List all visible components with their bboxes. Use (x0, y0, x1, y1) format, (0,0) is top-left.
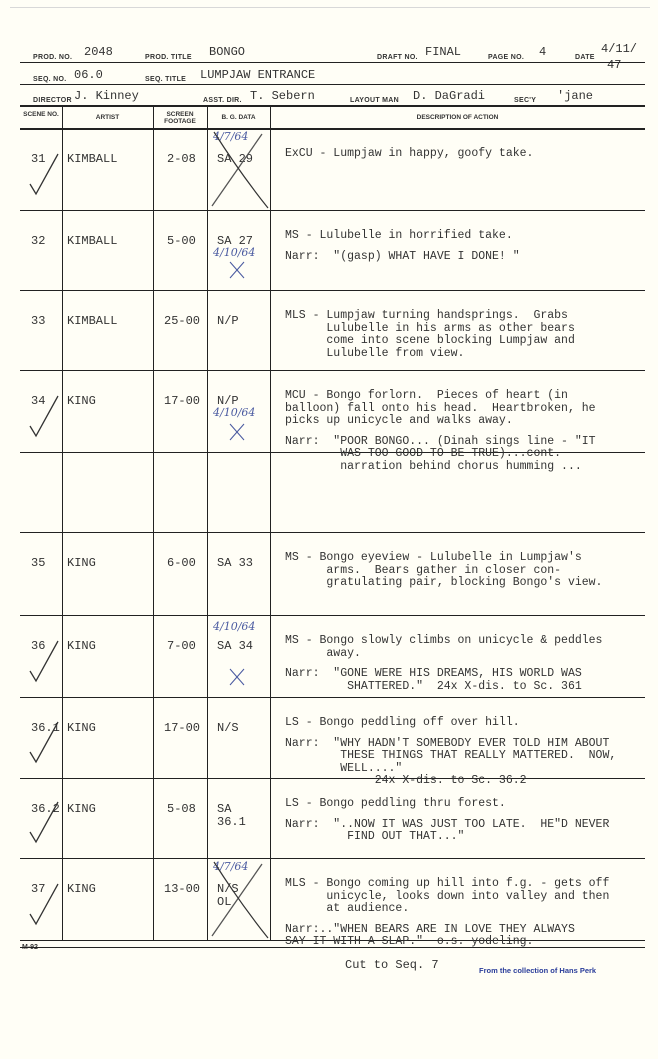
bg-data: SA 29 (217, 153, 253, 166)
row-rule (20, 128, 645, 130)
header-rule-2 (20, 84, 645, 85)
prod-title-label: Prod. Title (145, 54, 192, 61)
page-edge (10, 7, 650, 8)
row-rule (20, 290, 645, 291)
bg-handwritten-date: 4/10/64 (213, 620, 255, 633)
row-rule (20, 858, 645, 859)
scene-number: 36.1 (31, 722, 60, 735)
artist-name: KING (67, 883, 96, 896)
header-rule-3 (20, 105, 645, 107)
scene-number: 36.2 (31, 803, 60, 816)
action-description: MCU - Bongo forlorn. Pieces of heart (in… (285, 390, 596, 428)
column-rule (270, 107, 271, 940)
page-no: 4 (539, 45, 546, 59)
screen-footage: 2-08 (167, 153, 196, 166)
scene-number: 31 (31, 153, 45, 166)
artist-name: KING (67, 640, 96, 653)
row-rule (20, 532, 645, 533)
asst-dir: T. Sebern (250, 89, 315, 103)
scene-number: 33 (31, 315, 45, 328)
scene-number: 36 (31, 640, 45, 653)
seq-no-label: Seq. No. (33, 76, 67, 83)
bg-data: N/S (217, 722, 239, 735)
narration-text: Narr: "(gasp) WHAT HAVE I DONE! " (285, 251, 520, 264)
col-scene-no: Scene No. (20, 111, 62, 118)
col-screen-footage: Screen Footage (155, 111, 205, 125)
narration-text: Narr: "..NOW IT WAS JUST TOO LATE. HE"D … (285, 819, 609, 844)
screen-footage: 7-00 (167, 640, 196, 653)
seq-title: LUMPJAW ENTRANCE (200, 68, 315, 82)
page-no-label: Page No. (488, 54, 524, 61)
director: J. Kinney (74, 89, 139, 103)
narration-text: Narr: "WHY HADN'T SOMEBODY EVER TOLD HIM… (285, 738, 616, 788)
prod-no: 2048 (84, 45, 113, 59)
row-rule (20, 615, 645, 616)
bg-data: N/S OL (217, 883, 239, 909)
secy-label: Sec'y (514, 97, 536, 104)
date-value: 4/11/ (601, 42, 637, 56)
layout-man: D. DaGradi (413, 89, 485, 103)
scene-number: 34 (31, 395, 45, 408)
collection-credit: From the collection of Hans Perk (479, 966, 596, 975)
artist-name: KIMBALL (67, 315, 117, 328)
action-description: MLS - Lumpjaw turning handsprings. Grabs… (285, 310, 575, 360)
scene-number: 32 (31, 235, 45, 248)
bg-handwritten-date: 4/7/64 (213, 860, 248, 873)
bg-handwritten-date: 4/10/64 (213, 406, 255, 419)
row-rule (20, 370, 645, 371)
narration-text: Narr:.."WHEN BEARS ARE IN LOVE THEY ALWA… (285, 924, 575, 949)
date-year: 47 (607, 58, 621, 72)
scene-number: 35 (31, 557, 45, 570)
draft-no-label: Draft No. (377, 54, 418, 61)
col-artist: Artist (62, 114, 153, 121)
screen-footage: 5-00 (167, 235, 196, 248)
artist-name: KIMBALL (67, 235, 117, 248)
artist-name: KING (67, 395, 96, 408)
bg-data: SA 36.1 (217, 803, 246, 829)
col-bg-data: B. G. Data (207, 114, 270, 121)
seq-title-label: Seq. Title (145, 76, 186, 83)
action-description: MS - Lulubelle in horrified take. (285, 230, 513, 243)
bg-handwritten-date: 4/7/64 (213, 130, 248, 143)
draft-no: FINAL (425, 45, 461, 59)
bg-data: SA 33 (217, 557, 253, 570)
narration-text: Narr: "POOR BONGO... (Dinah sings line -… (285, 436, 596, 474)
prod-title: BONGO (209, 45, 245, 59)
action-description: LS - Bongo peddling thru forest. (285, 798, 506, 811)
action-description: MS - Bongo slowly climbs on unicycle & p… (285, 635, 602, 660)
screen-footage: 5-08 (167, 803, 196, 816)
action-description: ExCU - Lumpjaw in happy, goofy take. (285, 148, 533, 161)
screen-footage: 6-00 (167, 557, 196, 570)
bg-handwritten-date: 4/10/64 (213, 246, 255, 259)
bg-data: N/P (217, 315, 239, 328)
screen-footage: 25-00 (164, 315, 200, 328)
narration-text: Narr: "GONE WERE HIS DREAMS, HIS WORLD W… (285, 668, 582, 693)
action-description: LS - Bongo peddling off over hill. (285, 717, 520, 730)
seq-no: 06.0 (74, 68, 103, 82)
row-rule (20, 697, 645, 698)
prod-no-label: Prod. No. (33, 54, 72, 61)
column-rule (207, 107, 208, 940)
column-rule (62, 107, 63, 940)
action-description: MLS - Bongo coming up hill into f.g. - g… (285, 878, 609, 916)
screen-footage: 13-00 (164, 883, 200, 896)
director-label: Director (33, 97, 72, 104)
scene-number: 37 (31, 883, 45, 896)
row-rule (20, 210, 645, 211)
artist-name: KING (67, 557, 96, 570)
asst-dir-label: Asst. Dir. (203, 97, 242, 104)
secy: 'jane (557, 89, 593, 103)
bg-data: SA 34 (217, 640, 253, 653)
bottom-rule (20, 947, 645, 948)
column-rule (153, 107, 154, 940)
action-description: MS - Bongo eyeview - Lulubelle in Lumpja… (285, 552, 602, 590)
screen-footage: 17-00 (164, 395, 200, 408)
header-rule-1 (20, 62, 645, 63)
date-label: Date (575, 54, 595, 61)
cut-note: Cut to Seq. 7 (345, 958, 439, 972)
artist-name: KIMBALL (67, 153, 117, 166)
layout-man-label: Layout Man (350, 97, 399, 104)
screen-footage: 17-00 (164, 722, 200, 735)
artist-name: KING (67, 803, 96, 816)
col-description: Description of Action (270, 114, 645, 121)
artist-name: KING (67, 722, 96, 735)
